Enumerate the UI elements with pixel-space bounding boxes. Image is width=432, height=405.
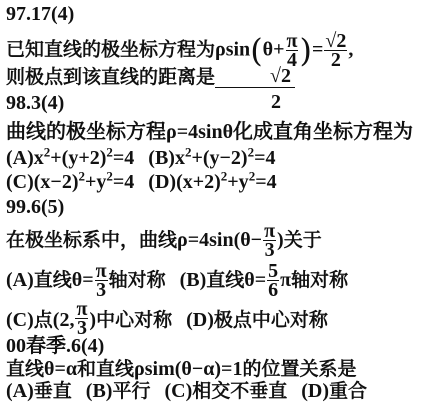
closing-paren: ) [277, 229, 284, 251]
option-expr-part: =4 [113, 147, 134, 169]
option-expr-part: =4 [254, 147, 275, 169]
option-expr-part: +(y+2) [50, 147, 106, 169]
problem-3-header: 99.6(5) [6, 196, 64, 218]
option-label: (B) [180, 269, 207, 291]
answer-denominator: 2 [271, 91, 281, 113]
problem-1-line-2: 则极点到该直线的距离是√22 [6, 66, 295, 88]
problem-2-expr: ρ=4sinθ [166, 121, 233, 143]
option-expr-part: (x−2) [34, 171, 79, 193]
problem-4-options: (A)垂直(B)平行(C)相交不垂直(D)重合 [6, 380, 367, 402]
option-text: 垂直 [34, 380, 72, 402]
answer-numerator: √2 [270, 65, 291, 87]
problem-3-options-row-1: (A)直线θ=π3轴对称(B)直线θ=56π轴对称 [6, 262, 348, 299]
option-label: (D) [148, 171, 176, 193]
option-text: 平行 [112, 380, 150, 402]
option-fraction: π3 [95, 262, 108, 299]
option-label: (B) [86, 380, 113, 402]
problem-1-text: 已知直线的极坐标方程为 [6, 39, 215, 61]
problem-4-text-a: 直线 [6, 358, 44, 380]
problem-1-expr-prefix: ρsin [215, 39, 250, 61]
option-b: (B)x2+(y−2)2=4 [148, 147, 275, 169]
option-label: (C) [164, 380, 192, 402]
option-label: (D) [186, 309, 214, 331]
option-expr-part: =4 [255, 171, 276, 193]
option-text: 重合 [329, 380, 367, 402]
option-b: (B)直线θ=56π轴对称 [180, 269, 349, 291]
problem-3-stem: 在极坐标系中，曲线ρ=4sin(θ−π3)关于 [6, 222, 322, 259]
option-a: (A)x2+(y+2)2=4 [6, 147, 134, 169]
option-tail: 轴对称 [291, 269, 348, 291]
fraction-denominator: 2 [324, 51, 347, 69]
option-text: 点 [34, 309, 53, 331]
problem-2-options-row-2: (C)(x−2)2+y2=4(D)(x+2)2+y2=4 [6, 171, 277, 193]
problem-4-text-b: 和直线 [77, 358, 134, 380]
problem-2-stem: 曲线的极坐标方程ρ=4sinθ化成直角坐标方程为 [6, 120, 413, 143]
option-tail: 中心对称 [96, 309, 172, 331]
option-label: (A) [6, 380, 34, 402]
option-d: (D)(x+2)2+y2=4 [148, 171, 276, 193]
problem-1-line-1: 已知直线的极坐标方程为ρsin(θ+π4)=√22, [6, 32, 353, 69]
problem-3-expr: ρ=4sin(θ− [177, 229, 262, 251]
problem-2-header: 98.3(4) [6, 92, 64, 114]
option-label: (B) [148, 147, 175, 169]
problem-1-paren-inner: θ+ [263, 39, 285, 61]
problem-3-options-row-2: (C)点(2,π3)中心对称(D)极点中心对称 [6, 300, 328, 337]
problem-4-stem: 直线θ=α和直线ρsim(θ−α)=1的位置关系是 [6, 358, 356, 380]
problem-1-question: 则极点到该直线的距离是 [6, 66, 215, 88]
equals-sign: = [312, 39, 323, 61]
option-text: 直线 [206, 269, 244, 291]
option-expr-part: (x+2) [176, 171, 221, 193]
problem-2-options-row-1: (A)x2+(y+2)2=4(B)x2+(y−2)2=4 [6, 147, 276, 169]
option-a: (A)直线θ=π3轴对称 [6, 269, 166, 291]
option-c: (C)(x−2)2+y2=4 [6, 171, 134, 193]
option-fraction: 56 [267, 262, 279, 299]
problem-4-expr-1: θ=α [44, 358, 77, 380]
problem-3-text-b: 关于 [284, 229, 322, 251]
answer-blank: √22 [215, 69, 295, 88]
option-d: (D)重合 [301, 380, 367, 402]
problem-4-expr-2: ρsim(θ−α)=1 [134, 358, 242, 380]
problem-2-text-b: 化成直角坐标方程为 [233, 119, 413, 143]
option-expr-part: +y [227, 171, 248, 193]
problem-4-header: 00春季.6(4) [6, 335, 104, 357]
problem-1-header: 97.17(4) [6, 3, 74, 25]
option-fraction: π3 [75, 300, 88, 337]
option-tail: 轴对称 [109, 269, 166, 291]
problem-3-text-a: 在极坐标系中，曲线 [6, 229, 177, 251]
option-a: (A)垂直 [6, 380, 72, 402]
option-label: (A) [6, 269, 34, 291]
problem-4-text-c: 的位置关系是 [242, 358, 356, 380]
pi-symbol: π [280, 269, 291, 291]
option-expr: θ= [244, 269, 266, 291]
option-expr-part: x [34, 147, 44, 169]
option-label: (C) [6, 171, 34, 193]
option-expr: θ= [72, 269, 94, 291]
comma: , [348, 39, 353, 61]
left-paren: ( [250, 32, 262, 70]
option-label: (A) [6, 147, 34, 169]
right-paren: ) [299, 32, 311, 70]
option-d: (D)极点中心对称 [186, 309, 328, 331]
option-text: 直线 [34, 269, 72, 291]
option-c: (C)点(2,π3)中心对称 [6, 309, 172, 331]
fraction-denominator: 3 [95, 281, 108, 299]
option-label: (C) [6, 309, 34, 331]
fraction-denominator: 3 [263, 241, 276, 259]
option-c: (C)相交不垂直 [164, 380, 287, 402]
option-expr: (2, [53, 309, 75, 331]
option-label: (D) [301, 380, 329, 402]
option-expr-part: +(y−2) [191, 147, 247, 169]
fraction-denominator: 6 [267, 281, 279, 299]
option-expr-part: =4 [113, 171, 134, 193]
option-text: 极点中心对称 [214, 309, 328, 331]
option-expr-part: x [175, 147, 185, 169]
problem-3-fraction: π3 [263, 222, 276, 259]
option-text: 相交不垂直 [192, 380, 287, 402]
option-b: (B)平行 [86, 380, 151, 402]
problem-1-fraction: π4 [286, 32, 299, 69]
problem-2-text-a: 曲线的极坐标方程 [6, 119, 166, 143]
option-expr-part: +y [85, 171, 106, 193]
problem-1-rhs-fraction: √22 [324, 32, 347, 69]
